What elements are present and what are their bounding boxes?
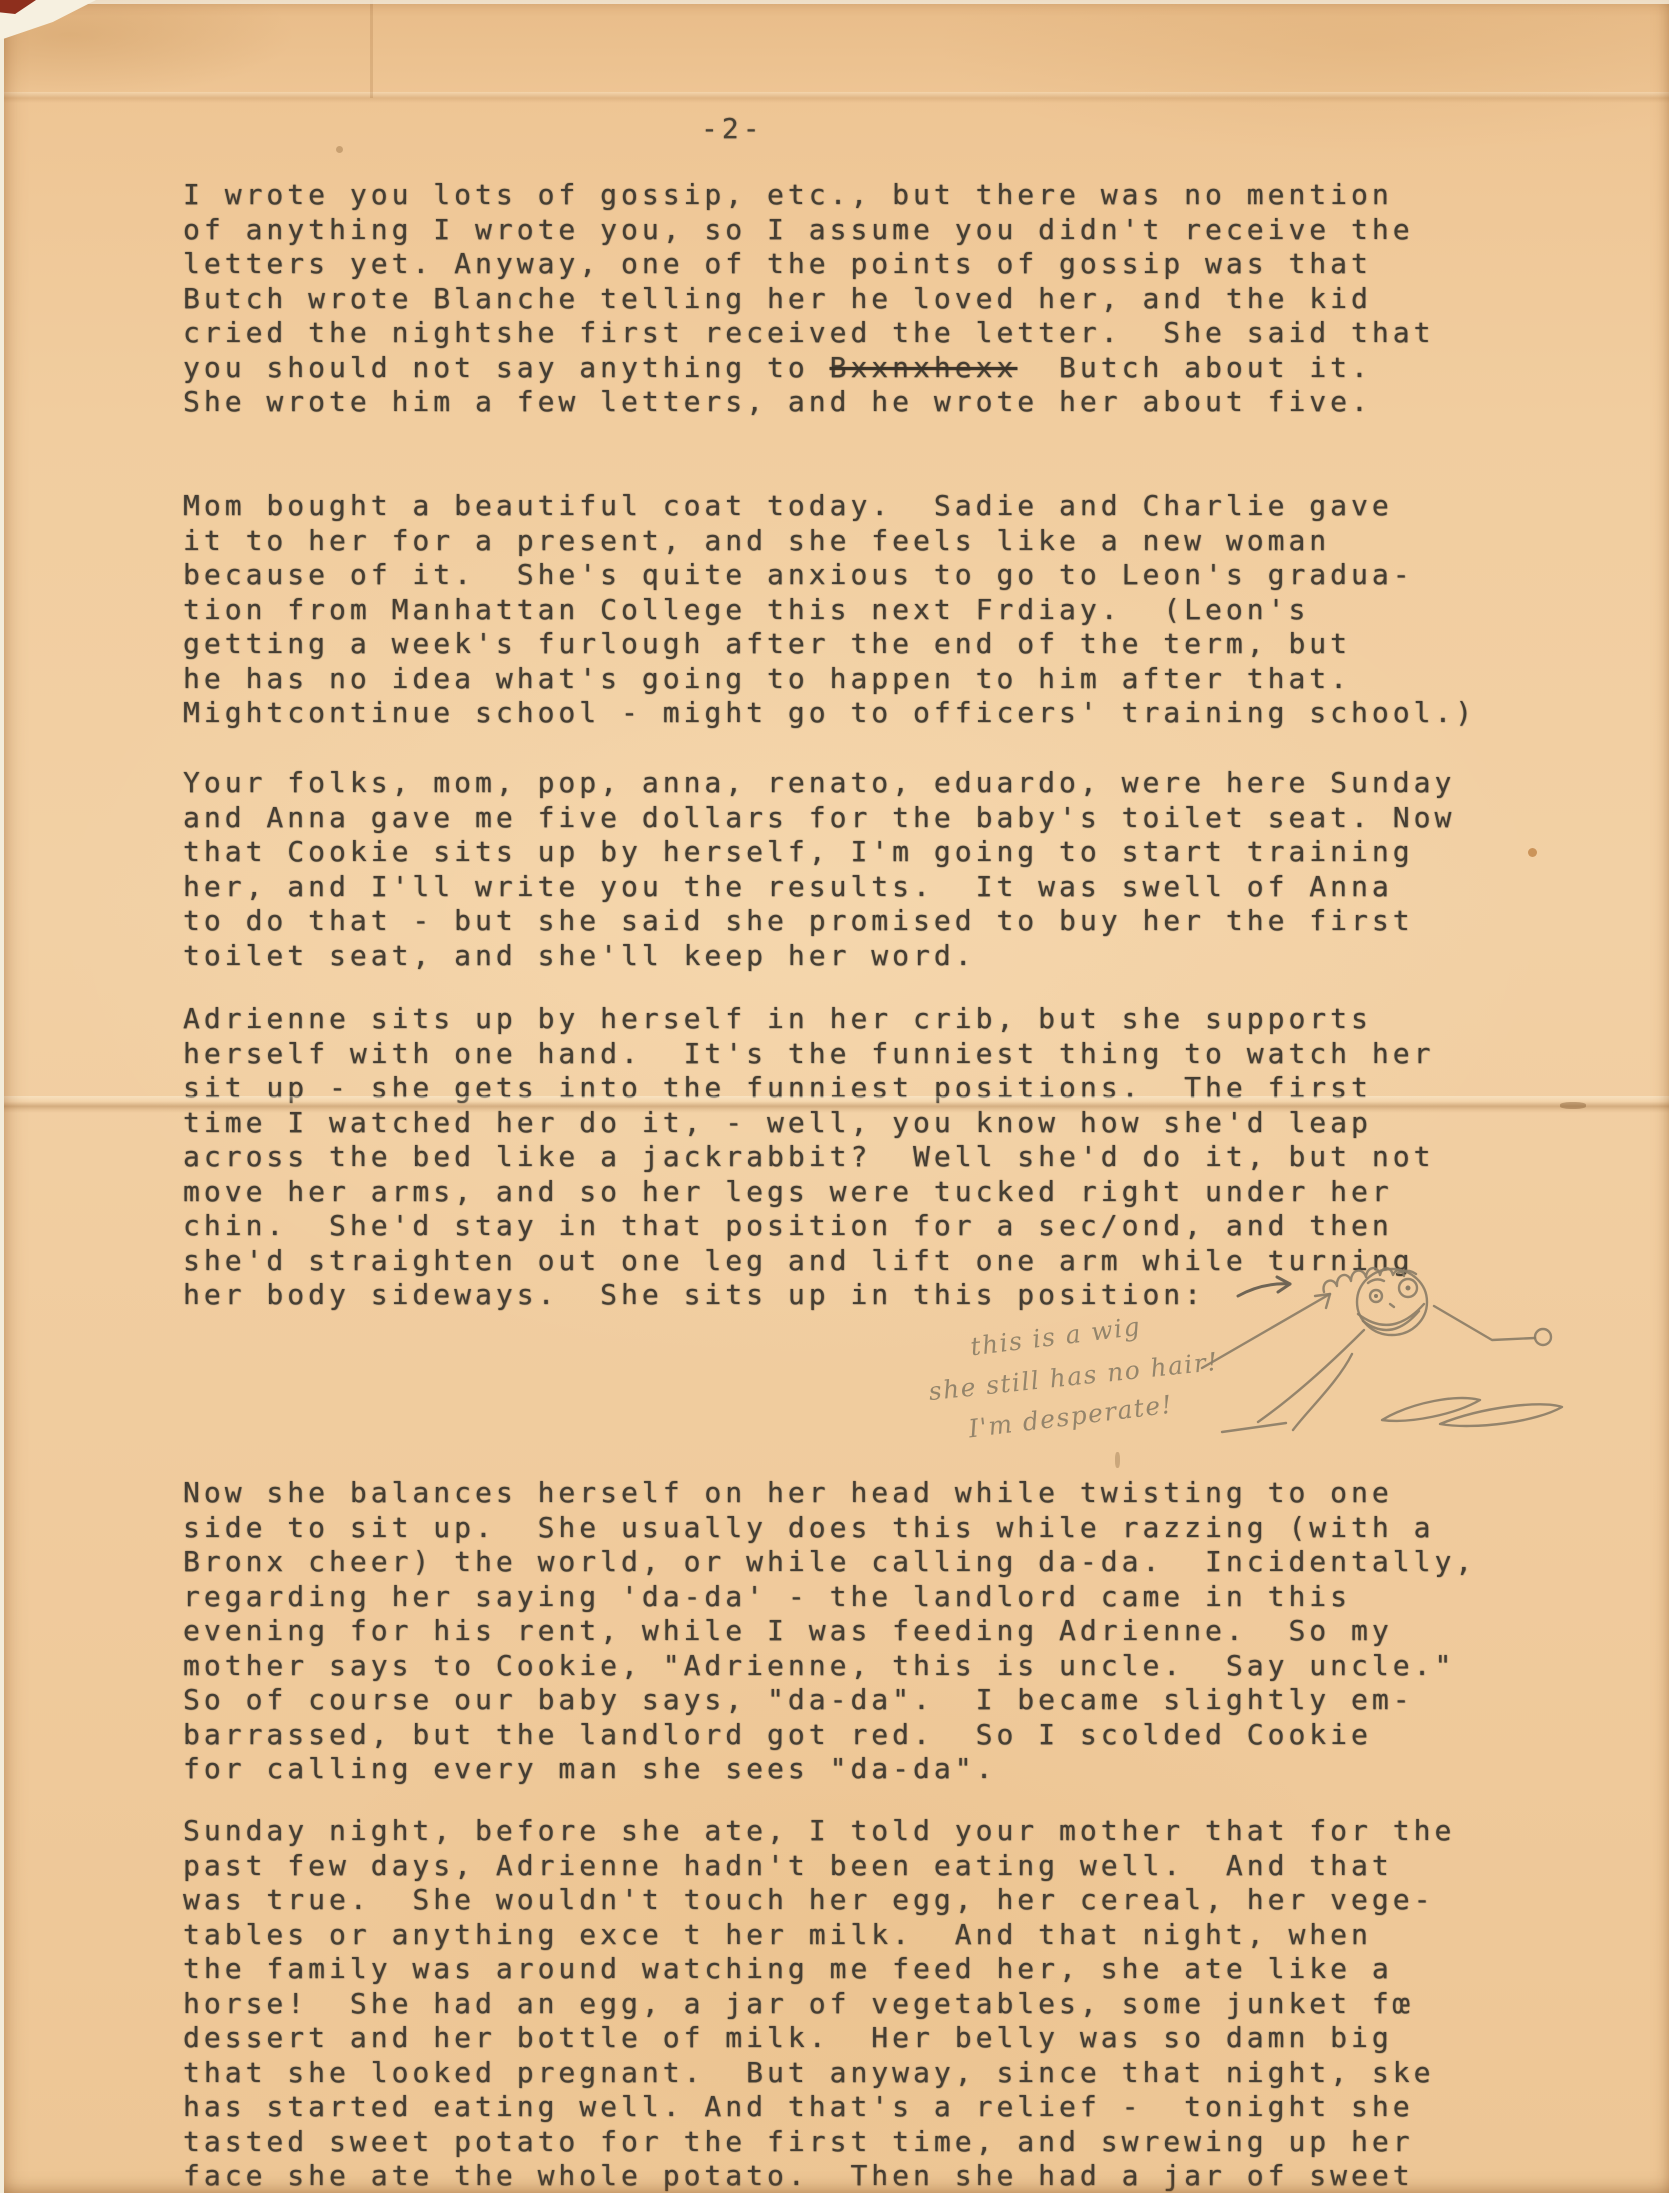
doodle-nose <box>1390 1304 1394 1307</box>
paper-stain <box>1560 1102 1586 1109</box>
doodle-shoe-2 <box>1440 1404 1562 1426</box>
doodle-arm-raised <box>1434 1306 1535 1340</box>
typewritten-letter-page: -2- I wrote you lots of gossip, etc., bu… <box>0 0 1669 2193</box>
paper-edge-top <box>0 0 1669 4</box>
baby-sitting-doodle <box>900 1180 1600 1460</box>
paragraph-coat: Mom bought a beautiful coat today. Sadie… <box>183 489 1543 731</box>
paragraph-dada: Now she balances herself on her head whi… <box>183 1476 1543 1787</box>
doodle-leg <box>1293 1354 1352 1430</box>
paragraph-folks: Your folks, mom, pop, anna, renato, edua… <box>183 766 1543 973</box>
struck-typo: Bxxnxhexx <box>830 351 1018 384</box>
paper-crease-vertical <box>370 0 373 98</box>
page-number: -2- <box>701 112 764 145</box>
paper-crease-top <box>0 92 1669 103</box>
wig-arrow-icon <box>1202 1294 1330 1368</box>
paragraph-gossip: I wrote you lots of gossip, etc., but th… <box>183 178 1543 420</box>
doodle-wig <box>1324 1268 1404 1292</box>
desperate-dash-icon <box>1222 1423 1286 1432</box>
paper-edge-left <box>0 0 4 2193</box>
doodle-fist <box>1535 1329 1551 1345</box>
paper-stain <box>336 146 343 153</box>
paragraph-eating: Sunday night, before she ate, I told you… <box>183 1814 1543 2193</box>
doodle-pupil-left <box>1374 1294 1378 1298</box>
doodle-pupil-right <box>1406 1286 1411 1291</box>
doodle-shoe-1 <box>1382 1398 1480 1421</box>
